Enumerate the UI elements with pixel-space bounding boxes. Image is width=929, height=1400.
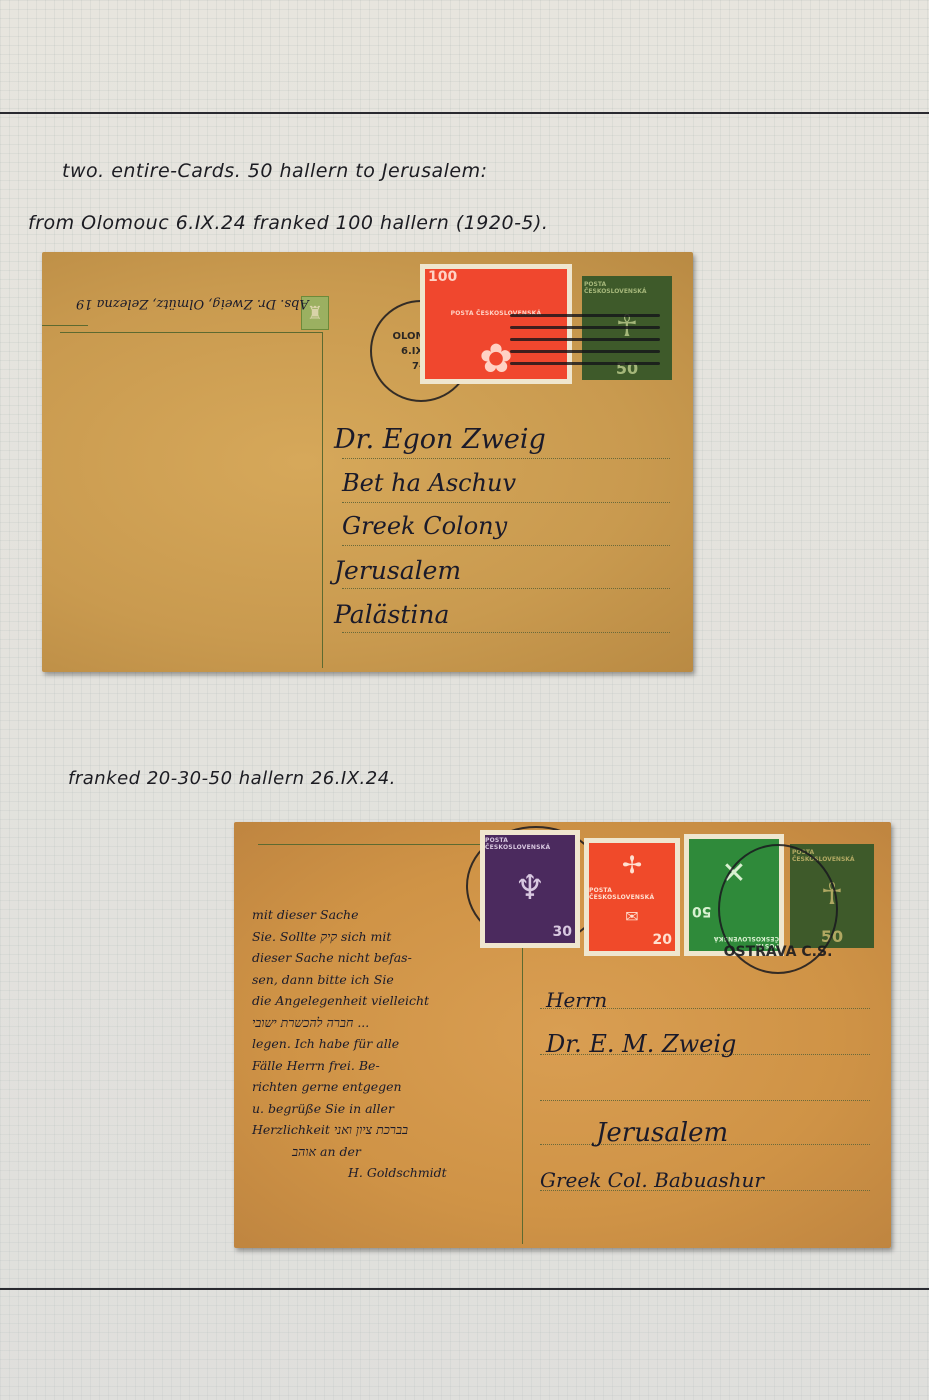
stamp-value: 100 bbox=[428, 269, 457, 285]
bottom-border-rule bbox=[0, 1288, 929, 1290]
message-line: sen, dann bitte ich Sie bbox=[252, 969, 520, 991]
sender-note: Abs. Dr. Zweig, Olmütz, Zelezna 19 bbox=[76, 296, 309, 311]
address-line-1: Herrn bbox=[546, 988, 607, 1012]
print-line bbox=[42, 325, 88, 326]
postmark-text: OSTRAVA C.S. bbox=[724, 944, 833, 960]
stamp-100-hallern: 100 POSTA ČESKOSLOVENSKÁ ✿ bbox=[420, 264, 572, 384]
message-line: legen. Ich habe für alle bbox=[252, 1033, 520, 1055]
address-line-1: Dr. Egon Zweig bbox=[334, 424, 546, 455]
address-line-3: Greek Colony bbox=[342, 512, 507, 540]
album-page: two. entire-Cards. 50 hallern to Jerusal… bbox=[0, 0, 929, 1400]
message-line: Fälle Herrn frei. Be- bbox=[252, 1055, 520, 1077]
address-line-2: Dr. E. M. Zweig bbox=[546, 1030, 736, 1058]
postcard-1: ♜ Abs. Dr. Zweig, Olmütz, Zelezna 19 OLO… bbox=[42, 252, 693, 672]
address-line bbox=[342, 458, 670, 459]
address-line-4: Jerusalem bbox=[334, 556, 461, 585]
heading-line-2: from Olomouc 6.IX.24 franked 100 hallern… bbox=[28, 212, 548, 234]
stamp-20-hallern: ✢ POSTA ČESKOSLOVENSKÁ ✉ 20 bbox=[584, 838, 680, 956]
address-line bbox=[342, 588, 670, 589]
address-line-5: Greek Col. Babuashur bbox=[540, 1168, 764, 1192]
heading-line-1: two. entire-Cards. 50 hallern to Jerusal… bbox=[62, 160, 488, 182]
address-line-4: Jerusalem bbox=[596, 1118, 728, 1148]
address-line bbox=[540, 1100, 870, 1101]
postmark-ostrava: OSTRAVA C.S. bbox=[718, 844, 838, 974]
print-line bbox=[60, 332, 322, 333]
message-line: Herzlichkeit בברכת ציון ואני bbox=[252, 1119, 520, 1141]
message-line: die Angelegenheit vielleicht bbox=[252, 990, 520, 1012]
stamp-inscription: POSTA ČESKOSLOVENSKÁ bbox=[589, 887, 675, 901]
divider-line bbox=[322, 332, 323, 668]
machine-cancel-bar bbox=[510, 326, 660, 329]
caption-card-2: franked 20-30-50 hallern 26.IX.24. bbox=[68, 768, 396, 789]
stamp-inscription: POSTA ČESKOSLOVENSKÁ bbox=[485, 837, 575, 851]
address-line-5: Palästina bbox=[334, 600, 449, 629]
message-line: Sie. Sollte קיק sich mit bbox=[252, 926, 520, 948]
machine-cancel-bar bbox=[510, 350, 660, 353]
message-line: dieser Sache nicht befas- bbox=[252, 947, 520, 969]
address-line bbox=[342, 632, 670, 633]
address-line bbox=[342, 502, 670, 503]
imprint-inscription: POSTA ČESKOSLOVENSKÁ bbox=[584, 281, 670, 295]
stamp-value: 30 bbox=[553, 924, 572, 940]
message-line: חברה להכשרת ישובי ... bbox=[252, 1012, 520, 1034]
address-line bbox=[342, 545, 670, 546]
message-text: mit dieser Sache Sie. Sollte קיק sich mi… bbox=[252, 904, 520, 1184]
top-border-rule bbox=[0, 112, 929, 114]
machine-cancel-bar bbox=[510, 362, 660, 365]
address-line-2: Bet ha Aschuv bbox=[342, 469, 516, 497]
message-line: mit dieser Sache bbox=[252, 904, 520, 926]
machine-cancel-bar bbox=[510, 314, 660, 317]
stamp-value: 50 bbox=[692, 903, 711, 919]
machine-cancel-bar bbox=[510, 338, 660, 341]
signature: H. Goldschmidt bbox=[252, 1162, 520, 1184]
message-line: u. begrüße Sie in aller bbox=[252, 1098, 520, 1120]
stamp-value: 20 bbox=[653, 932, 672, 948]
message-line: אוהב an der bbox=[252, 1141, 520, 1163]
postcard-2: C.S. POSTA ČESKOSLOVENSKÁ ♆ 30 ✢ POSTA Č… bbox=[234, 822, 891, 1248]
message-line: richten gerne entgegen bbox=[252, 1076, 520, 1098]
